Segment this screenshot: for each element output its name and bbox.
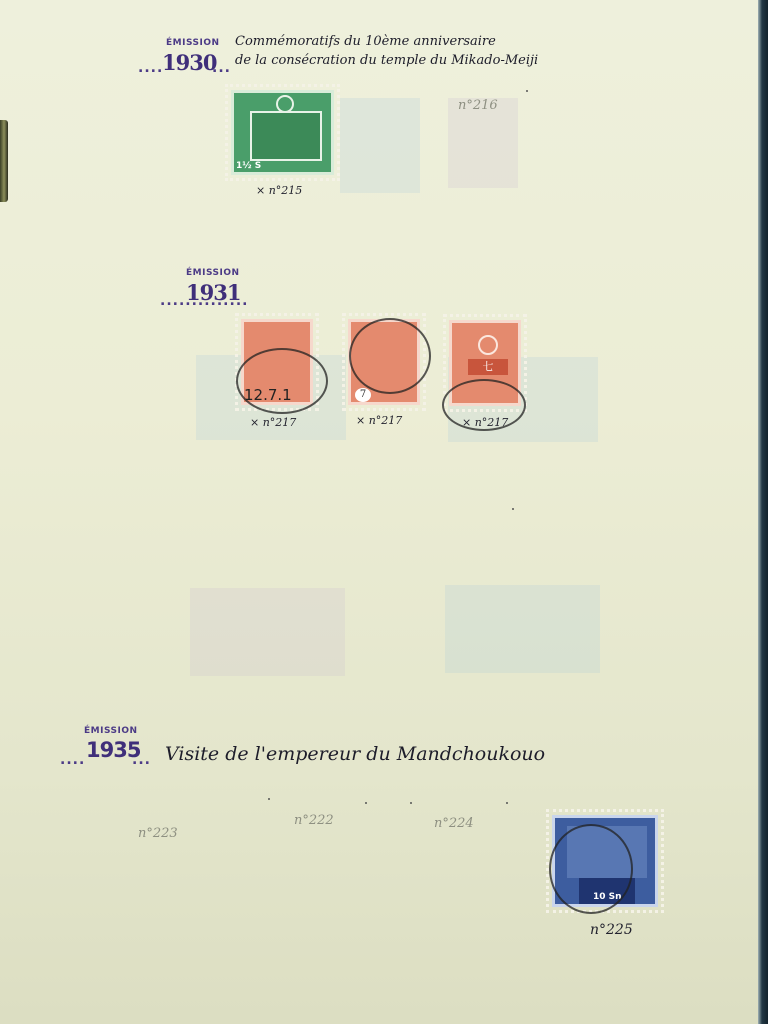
empty-slot-ref: n°224 (434, 816, 474, 831)
album-page: ÉMISSION .... 1930 ... Commémoratifs du … (0, 0, 758, 1024)
stamp-value: 1½ S (236, 161, 261, 171)
section-title-line2: de la consécration du temple du Mikado-M… (235, 53, 538, 68)
catalog-ref: × n°215 (256, 184, 302, 197)
emission-year: 1930 (162, 50, 216, 75)
temple-vignette (250, 111, 322, 161)
catalog-ref: × n°217 (462, 416, 508, 429)
speck (410, 802, 412, 804)
stamp-value: 七 (468, 359, 508, 375)
catalog-ref: n°225 (590, 922, 633, 938)
stamp-orange-2[interactable]: 7 (342, 313, 426, 411)
catalog-ref: × n°217 (356, 414, 402, 427)
album-edge (758, 0, 768, 1024)
section-title-line1: Commémoratifs du 10ème anniversaire (235, 34, 496, 49)
empty-slot-ref: n°223 (138, 826, 178, 841)
ghost-impression (445, 585, 600, 673)
speck (506, 802, 508, 804)
dots-left: .... (138, 60, 163, 76)
dots-left: .... (60, 752, 85, 768)
binder-ring (0, 120, 8, 202)
speck (365, 802, 367, 804)
empty-slot-ref: n°222 (294, 813, 334, 828)
dots-right: ... (212, 60, 231, 76)
chrysanthemum-icon (276, 95, 294, 113)
postmark (549, 824, 633, 914)
dots-right: ... (132, 752, 151, 768)
dots: .............. (160, 293, 248, 309)
postmark (236, 348, 328, 414)
emission-label: ÉMISSION (186, 268, 240, 278)
stamp-orange-3[interactable]: 七 (443, 314, 527, 412)
speck (526, 90, 528, 92)
stamp-blue-10sen[interactable]: 10 Sn (546, 809, 664, 913)
stamp-orange-1[interactable]: 12.7.1 (235, 313, 319, 411)
stamp-green-temple[interactable]: 1½ S (225, 84, 340, 181)
chrysanthemum-icon (478, 335, 498, 355)
section-title: Visite de l'empereur du Mandchoukouo (165, 743, 545, 765)
empty-slot-ref: n°216 (458, 98, 498, 113)
catalog-ref: × n°217 (250, 416, 296, 429)
speck (512, 508, 514, 510)
ghost-impression (190, 588, 345, 676)
emission-label: ÉMISSION (166, 38, 220, 48)
emission-label: ÉMISSION (84, 726, 138, 736)
speck (268, 798, 270, 800)
stamp-value: 7 (355, 388, 371, 402)
postmark-date: 12.7.1 (244, 386, 292, 404)
postmark (349, 318, 431, 394)
ghost-impression (340, 98, 420, 193)
